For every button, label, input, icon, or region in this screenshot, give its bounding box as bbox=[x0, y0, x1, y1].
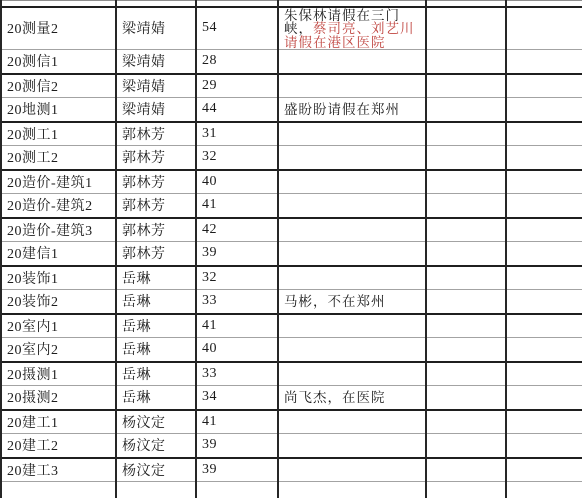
cell-class-name[interactable]: 20测工2 bbox=[1, 146, 116, 170]
cell-count[interactable]: 41 bbox=[196, 410, 278, 434]
cell-count[interactable]: 29 bbox=[196, 74, 278, 98]
note-text: 马彬，不在郑州 bbox=[284, 294, 386, 309]
cell-empty[interactable] bbox=[506, 458, 582, 482]
cell-count[interactable]: 41 bbox=[196, 314, 278, 338]
note-text: 尚飞杰，在医院 bbox=[284, 390, 386, 405]
cell-teacher[interactable]: 郭林芳 bbox=[116, 122, 196, 146]
cell-class-name[interactable]: 20建工1 bbox=[1, 410, 116, 434]
cell-note[interactable] bbox=[278, 410, 426, 434]
cell-note[interactable]: 朱保林请假在三门峡，蔡司亮、刘艺川请假在港区医院 bbox=[278, 7, 426, 50]
partial-row-bottom bbox=[1, 482, 582, 498]
cell-note[interactable]: 马彬，不在郑州 bbox=[278, 290, 426, 314]
cell-class-name[interactable]: 20建信1 bbox=[1, 242, 116, 266]
cell-teacher[interactable]: 岳琳 bbox=[116, 362, 196, 386]
cell-note[interactable] bbox=[278, 314, 426, 338]
table-row: 20地测1梁靖婧44盛盼盼请假在郑州 bbox=[1, 98, 582, 122]
cell-count[interactable]: 40 bbox=[196, 170, 278, 194]
cell-note[interactable]: 尚飞杰，在医院 bbox=[278, 386, 426, 410]
cell-note[interactable] bbox=[278, 122, 426, 146]
spreadsheet-viewport: 20测量2梁靖婧54朱保林请假在三门峡，蔡司亮、刘艺川请假在港区医院20测信1梁… bbox=[0, 0, 582, 498]
cell-empty[interactable] bbox=[506, 410, 582, 434]
cell-note[interactable]: 盛盼盼请假在郑州 bbox=[278, 98, 426, 122]
cell-empty[interactable] bbox=[506, 170, 582, 194]
cell-class-name[interactable]: 20造价-建筑1 bbox=[1, 170, 116, 194]
table-row: 20造价-建筑1郭林芳40 bbox=[1, 170, 582, 194]
cell-teacher[interactable]: 郭林芳 bbox=[116, 170, 196, 194]
cell-empty[interactable] bbox=[506, 362, 582, 386]
cell-note[interactable] bbox=[278, 338, 426, 362]
cell-note[interactable] bbox=[278, 146, 426, 170]
cell-empty[interactable] bbox=[426, 458, 506, 482]
cell-empty[interactable] bbox=[426, 74, 506, 98]
cell-class-name[interactable]: 20测量2 bbox=[1, 7, 116, 50]
table-row: 20室内2岳琳40 bbox=[1, 338, 582, 362]
cell-empty[interactable] bbox=[278, 482, 426, 498]
cell-count[interactable]: 39 bbox=[196, 434, 278, 458]
cell-count[interactable]: 32 bbox=[196, 146, 278, 170]
cell-class-name[interactable]: 20建工3 bbox=[1, 458, 116, 482]
cell-count[interactable]: 32 bbox=[196, 266, 278, 290]
cell-empty[interactable] bbox=[506, 218, 582, 242]
cell-class-name[interactable]: 20装饰2 bbox=[1, 290, 116, 314]
cell-note[interactable] bbox=[278, 458, 426, 482]
cell-empty[interactable] bbox=[506, 7, 582, 50]
cell-teacher[interactable]: 岳琳 bbox=[116, 338, 196, 362]
cell-empty[interactable] bbox=[426, 434, 506, 458]
cell-empty[interactable] bbox=[426, 266, 506, 290]
cell-empty[interactable] bbox=[506, 50, 582, 74]
cell-empty[interactable] bbox=[506, 242, 582, 266]
cell-note[interactable] bbox=[278, 218, 426, 242]
cell-teacher[interactable]: 郭林芳 bbox=[116, 242, 196, 266]
cell-empty[interactable] bbox=[506, 314, 582, 338]
cell-empty[interactable] bbox=[426, 7, 506, 50]
cell-teacher[interactable]: 岳琳 bbox=[116, 386, 196, 410]
cell-class-name[interactable]: 20地测1 bbox=[1, 98, 116, 122]
cell-empty[interactable] bbox=[426, 170, 506, 194]
cell-count[interactable]: 33 bbox=[196, 290, 278, 314]
cell-empty[interactable] bbox=[426, 314, 506, 338]
table-row: 20室内1岳琳41 bbox=[1, 314, 582, 338]
cell-teacher[interactable]: 岳琳 bbox=[116, 290, 196, 314]
cell-note[interactable] bbox=[278, 362, 426, 386]
table-row: 20造价-建筑3郭林芳42 bbox=[1, 218, 582, 242]
table-row: 20造价-建筑2郭林芳41 bbox=[1, 194, 582, 218]
cell-empty[interactable] bbox=[506, 146, 582, 170]
cell-empty[interactable] bbox=[506, 98, 582, 122]
cell-empty[interactable] bbox=[506, 122, 582, 146]
cell-teacher[interactable]: 郭林芳 bbox=[116, 194, 196, 218]
cell-count[interactable]: 39 bbox=[196, 458, 278, 482]
table-row: 20建工1杨汶定41 bbox=[1, 410, 582, 434]
cell-count[interactable]: 33 bbox=[196, 362, 278, 386]
table-row: 20摄测1岳琳33 bbox=[1, 362, 582, 386]
cell-teacher[interactable]: 梁靖婧 bbox=[116, 7, 196, 50]
cell-note[interactable] bbox=[278, 74, 426, 98]
cell-teacher[interactable]: 杨汶定 bbox=[116, 410, 196, 434]
cell-teacher[interactable]: 梁靖婧 bbox=[116, 74, 196, 98]
cell-class-name[interactable]: 20室内1 bbox=[1, 314, 116, 338]
cell-teacher[interactable]: 岳琳 bbox=[116, 266, 196, 290]
cell-empty[interactable] bbox=[506, 194, 582, 218]
cell-class-name[interactable]: 20测信1 bbox=[1, 50, 116, 74]
cell-empty[interactable] bbox=[196, 482, 278, 498]
cell-empty[interactable] bbox=[506, 266, 582, 290]
cell-empty[interactable] bbox=[426, 290, 506, 314]
table-row: 20建工3杨汶定39 bbox=[1, 458, 582, 482]
cell-empty[interactable] bbox=[426, 386, 506, 410]
table-row: 20建信1郭林芳39 bbox=[1, 242, 582, 266]
cell-empty[interactable] bbox=[426, 50, 506, 74]
cell-class-name[interactable]: 20测工1 bbox=[1, 122, 116, 146]
roster-table: 20测量2梁靖婧54朱保林请假在三门峡，蔡司亮、刘艺川请假在港区医院20测信1梁… bbox=[0, 0, 582, 498]
cell-teacher[interactable]: 梁靖婧 bbox=[116, 50, 196, 74]
cell-empty[interactable] bbox=[1, 482, 116, 498]
cell-empty[interactable] bbox=[426, 146, 506, 170]
cell-empty[interactable] bbox=[426, 122, 506, 146]
cell-empty[interactable] bbox=[116, 482, 196, 498]
cell-class-name[interactable]: 20建工2 bbox=[1, 434, 116, 458]
cell-empty[interactable] bbox=[426, 410, 506, 434]
cell-class-name[interactable]: 20室内2 bbox=[1, 338, 116, 362]
table-row: 20装饰1岳琳32 bbox=[1, 266, 582, 290]
cell-empty[interactable] bbox=[506, 386, 582, 410]
cell-empty[interactable] bbox=[426, 218, 506, 242]
cell-empty[interactable] bbox=[426, 482, 506, 498]
table-row: 20测工2郭林芳32 bbox=[1, 146, 582, 170]
cell-count[interactable]: 44 bbox=[196, 98, 278, 122]
table-row: 20装饰2岳琳33马彬，不在郑州 bbox=[1, 290, 582, 314]
note-text: 盛盼盼请假在郑州 bbox=[284, 102, 400, 117]
cell-teacher[interactable]: 杨汶定 bbox=[116, 434, 196, 458]
cell-count[interactable]: 34 bbox=[196, 386, 278, 410]
cell-empty[interactable] bbox=[506, 434, 582, 458]
table-row: 20测工1郭林芳31 bbox=[1, 122, 582, 146]
cell-note[interactable] bbox=[278, 194, 426, 218]
cell-note[interactable] bbox=[278, 242, 426, 266]
cell-empty[interactable] bbox=[506, 74, 582, 98]
cell-class-name[interactable]: 20摄测2 bbox=[1, 386, 116, 410]
cell-empty[interactable] bbox=[426, 362, 506, 386]
cell-empty[interactable] bbox=[506, 338, 582, 362]
table-row: 20摄测2岳琳34尚飞杰，在医院 bbox=[1, 386, 582, 410]
cell-empty[interactable] bbox=[506, 290, 582, 314]
cell-count[interactable]: 42 bbox=[196, 218, 278, 242]
cell-count[interactable]: 41 bbox=[196, 194, 278, 218]
cell-teacher[interactable]: 岳琳 bbox=[116, 314, 196, 338]
cell-note[interactable] bbox=[278, 50, 426, 74]
table-row: 20测量2梁靖婧54朱保林请假在三门峡，蔡司亮、刘艺川请假在港区医院 bbox=[1, 7, 582, 50]
cell-count[interactable]: 54 bbox=[196, 7, 278, 50]
cell-empty[interactable] bbox=[426, 194, 506, 218]
cell-class-name[interactable]: 20造价-建筑3 bbox=[1, 218, 116, 242]
cell-class-name[interactable]: 20测信2 bbox=[1, 74, 116, 98]
cell-teacher[interactable]: 杨汶定 bbox=[116, 458, 196, 482]
cell-note[interactable] bbox=[278, 434, 426, 458]
cell-count[interactable]: 39 bbox=[196, 242, 278, 266]
cell-class-name[interactable]: 20装饰1 bbox=[1, 266, 116, 290]
cell-note[interactable] bbox=[278, 170, 426, 194]
cell-count[interactable]: 31 bbox=[196, 122, 278, 146]
cell-teacher[interactable]: 郭林芳 bbox=[116, 218, 196, 242]
cell-empty[interactable] bbox=[426, 242, 506, 266]
cell-empty[interactable] bbox=[506, 482, 582, 498]
table-row: 20建工2杨汶定39 bbox=[1, 434, 582, 458]
cell-teacher[interactable]: 郭林芳 bbox=[116, 146, 196, 170]
cell-empty[interactable] bbox=[426, 98, 506, 122]
cell-count[interactable]: 40 bbox=[196, 338, 278, 362]
cell-class-name[interactable]: 20造价-建筑2 bbox=[1, 194, 116, 218]
cell-teacher[interactable]: 梁靖婧 bbox=[116, 98, 196, 122]
cell-class-name[interactable]: 20摄测1 bbox=[1, 362, 116, 386]
roster-table-body: 20测量2梁靖婧54朱保林请假在三门峡，蔡司亮、刘艺川请假在港区医院20测信1梁… bbox=[1, 1, 582, 498]
table-row: 20测信1梁靖婧28 bbox=[1, 50, 582, 74]
cell-note[interactable] bbox=[278, 266, 426, 290]
cell-empty[interactable] bbox=[426, 338, 506, 362]
cell-count[interactable]: 28 bbox=[196, 50, 278, 74]
table-row: 20测信2梁靖婧29 bbox=[1, 74, 582, 98]
